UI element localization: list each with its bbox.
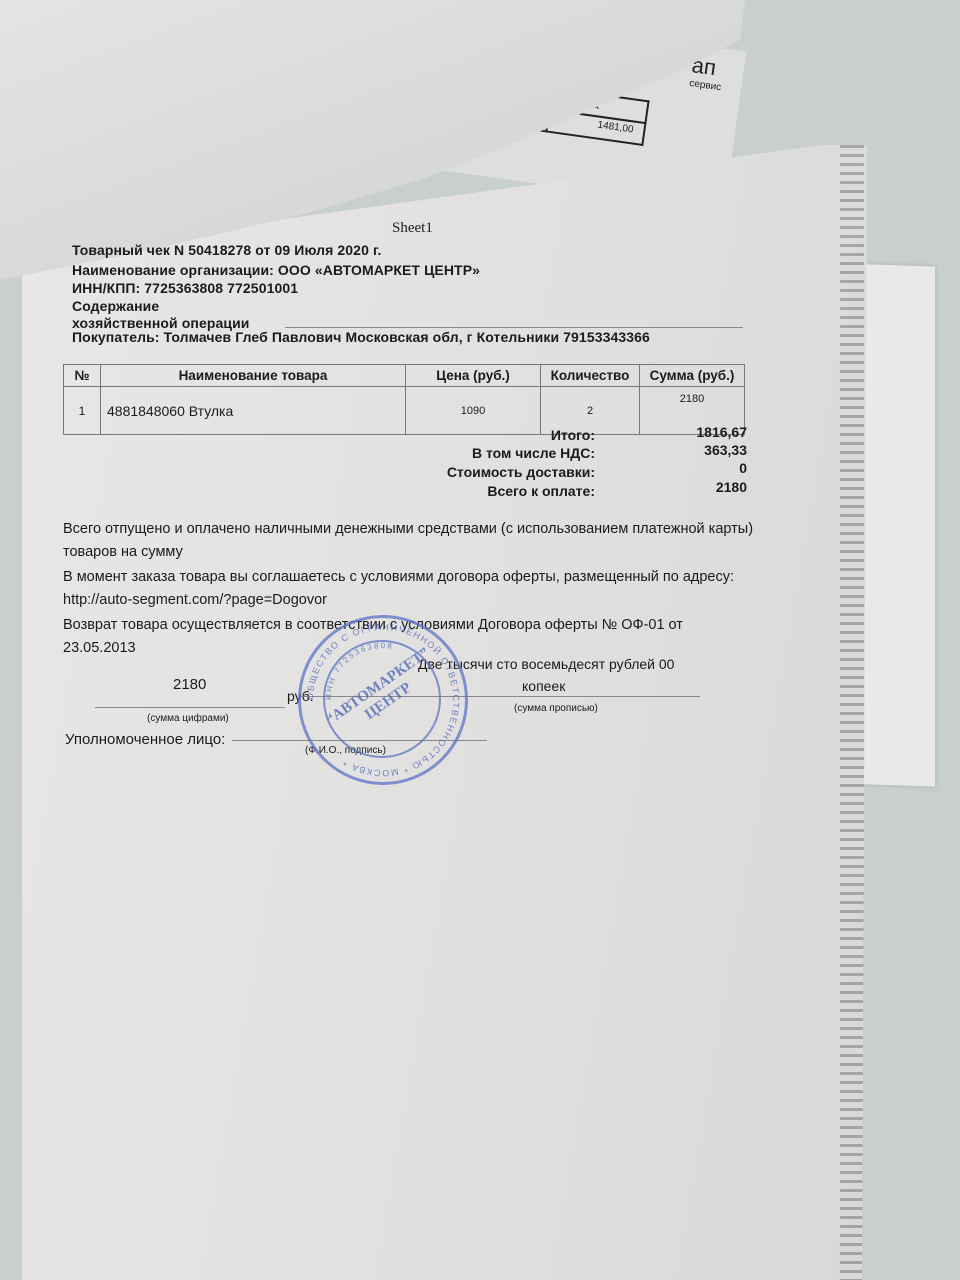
operation-label-1: Содержание: [72, 298, 159, 314]
inn-kpp-line: ИНН/КПП: 7725363808 772501001: [72, 280, 298, 296]
row-name: 4881848060 Втулка: [101, 387, 406, 435]
receipt-content: Sheet1 Товарный чек N 50418278 от 09 Июл…: [0, 0, 960, 1280]
items-table: № Наименование товара Цена (руб.) Количе…: [63, 364, 745, 435]
payment-paragraph: Всего отпущено и оплачено наличными дене…: [63, 518, 763, 564]
offer-paragraph: В момент заказа товара вы соглашаетесь с…: [63, 566, 763, 612]
digits-caption: (сумма цифрами): [147, 713, 229, 724]
buyer-line: Покупатель: Толмачев Глеб Павлович Моско…: [72, 329, 650, 345]
amount-digits: 2180: [173, 676, 206, 693]
col-price: Цена (руб.): [406, 365, 541, 387]
operation-underline: [285, 327, 743, 328]
col-name: Наименование товара: [101, 365, 406, 387]
receipt-number-line: Товарный чек N 50418278 от 09 Июля 2020 …: [72, 242, 381, 258]
table-row: 1 4881848060 Втулка 1090 2 2180: [64, 387, 745, 435]
col-quantity: Количество: [541, 365, 640, 387]
col-sum: Сумма (руб.): [640, 365, 745, 387]
authorized-person-label: Уполномоченное лицо:: [65, 731, 225, 748]
sheet-label: Sheet1: [392, 220, 433, 237]
company-stamp: ОБЩЕСТВО С ОГРАНИЧЕННОЙ ОТВЕТСТВЕННОСТЬЮ…: [298, 615, 468, 785]
delivery-value: 0: [739, 460, 747, 476]
row-number: 1: [64, 387, 101, 435]
vat-label: В том числе НДС:: [472, 445, 595, 461]
organization-line: Наименование организации: ООО «АВТОМАРКЕ…: [72, 262, 480, 278]
vat-value: 363,33: [704, 442, 747, 458]
total-label: Итого:: [551, 427, 595, 443]
grand-total-value: 2180: [716, 479, 747, 495]
col-number: №: [64, 365, 101, 387]
items-table-header: № Наименование товара Цена (руб.) Количе…: [64, 365, 745, 387]
digits-underline: [95, 707, 285, 708]
delivery-label: Стоимость доставки:: [447, 464, 595, 480]
total-value: 1816,67: [696, 424, 747, 440]
words-caption: (сумма прописью): [514, 703, 598, 714]
amount-words-line2: копеек: [522, 678, 565, 694]
grand-total-label: Всего к оплате:: [487, 483, 595, 499]
row-price: 1090: [406, 387, 541, 435]
